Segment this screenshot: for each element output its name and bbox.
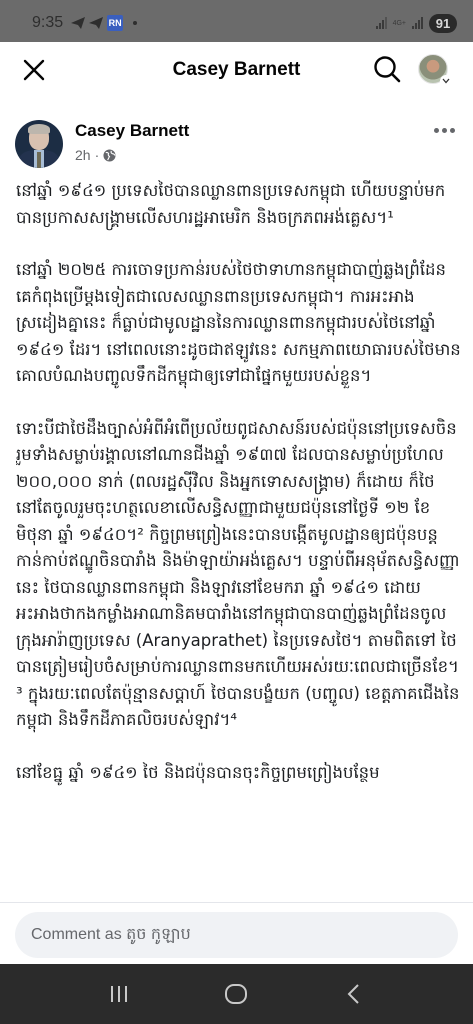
globe-icon <box>103 149 116 162</box>
close-icon <box>20 56 48 84</box>
comment-bar <box>0 902 473 964</box>
home-button[interactable] <box>216 974 256 1014</box>
telegram-icon <box>71 17 85 29</box>
back-icon <box>343 983 365 1005</box>
dot-icon <box>133 21 137 25</box>
status-right: 4G+ 91 <box>376 14 457 33</box>
recent-apps-button[interactable] <box>99 974 139 1014</box>
search-button[interactable] <box>372 54 402 84</box>
post-paragraph: នៅខែធ្នូ ឆ្នាំ ១៩៤១ ថៃ និងជប៉ុនបានចុះកិច… <box>16 760 462 787</box>
signal-icon <box>376 17 387 29</box>
post-body: នៅឆ្នាំ ១៩៤១ ប្រទេសថៃបានឈ្លានពានប្រទេសកម… <box>16 178 462 900</box>
back-button[interactable] <box>334 974 374 1014</box>
dot-icon <box>450 128 455 133</box>
home-icon <box>224 982 248 1006</box>
author-name[interactable]: Casey Barnett <box>75 121 189 141</box>
author-avatar[interactable] <box>15 120 63 168</box>
app-header: Casey Barnett <box>0 42 473 98</box>
post-header: Casey Barnett 2h · <box>0 112 473 172</box>
telegram-icon <box>89 17 103 29</box>
status-left: 9:35 RN <box>32 14 137 32</box>
search-icon <box>372 54 402 84</box>
rn-app-icon: RN <box>107 15 123 31</box>
close-button[interactable] <box>20 56 48 84</box>
status-time: 9:35 <box>32 14 63 32</box>
post-paragraph: ទោះបីជាថៃដឹងច្បាស់អំពីអំពើប្រល័យពូជសាសន៍… <box>16 416 462 734</box>
page-title: Casey Barnett <box>173 59 301 81</box>
status-bar: 9:35 RN 4G+ 91 <box>0 0 473 42</box>
battery-indicator: 91 <box>429 14 457 33</box>
profile-menu-button[interactable] <box>418 54 450 86</box>
dot-icon <box>434 128 439 133</box>
post-paragraph: នៅឆ្នាំ ១៩៤១ ប្រទេសថៃបានឈ្លានពានប្រទេសកម… <box>16 178 462 231</box>
recent-apps-icon <box>108 983 130 1005</box>
network-type-label: 4G+ <box>393 20 406 27</box>
signal-icon <box>412 17 423 29</box>
system-nav-bar <box>0 964 473 1024</box>
post-paragraph: នៅឆ្នាំ ២០២៥ ការចោទប្រកាន់របស់ថៃថាទាហានក… <box>16 257 462 390</box>
post-meta: 2h · <box>75 147 116 163</box>
comment-input[interactable] <box>15 912 458 958</box>
meta-separator: · <box>95 147 100 163</box>
dot-icon <box>442 128 447 133</box>
more-options-button[interactable] <box>434 124 462 136</box>
post-time[interactable]: 2h <box>75 147 91 163</box>
chevron-down-icon <box>440 75 452 87</box>
